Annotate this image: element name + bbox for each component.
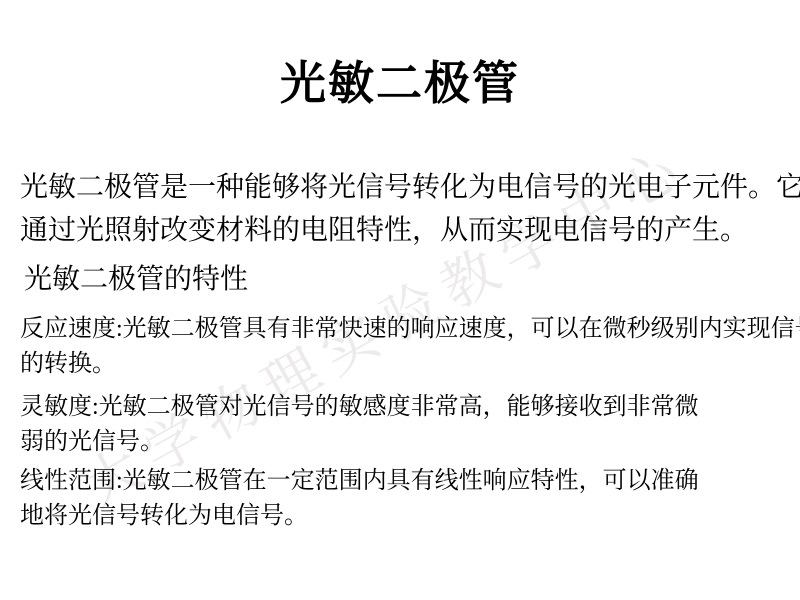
slide-title: 光敏二极管 bbox=[0, 56, 800, 111]
slide: 光敏二极管 光敏二极管是一种能够将光信号转化为电信号的光电子元件。它 通过光照射… bbox=[0, 0, 800, 600]
section-heading: 光敏二极管的特性 bbox=[24, 262, 784, 298]
intro-paragraph: 光敏二极管是一种能够将光信号转化为电信号的光电子元件。它 通过光照射改变材料的电… bbox=[20, 166, 800, 252]
feature-sensitivity: 灵敏度:光敏二极管对光信号的敏感度非常高，能够接收到非常微 弱的光信号。 bbox=[20, 390, 800, 460]
feature-linear-range: 线性范围:光敏二极管在一定范围内具有线性响应特性，可以准确 地将光信号转化为电信… bbox=[20, 464, 800, 534]
feature-response-speed: 反应速度:光敏二极管具有非常快速的响应速度，可以在微秒级别内实现信号 的转换。 bbox=[20, 312, 800, 382]
